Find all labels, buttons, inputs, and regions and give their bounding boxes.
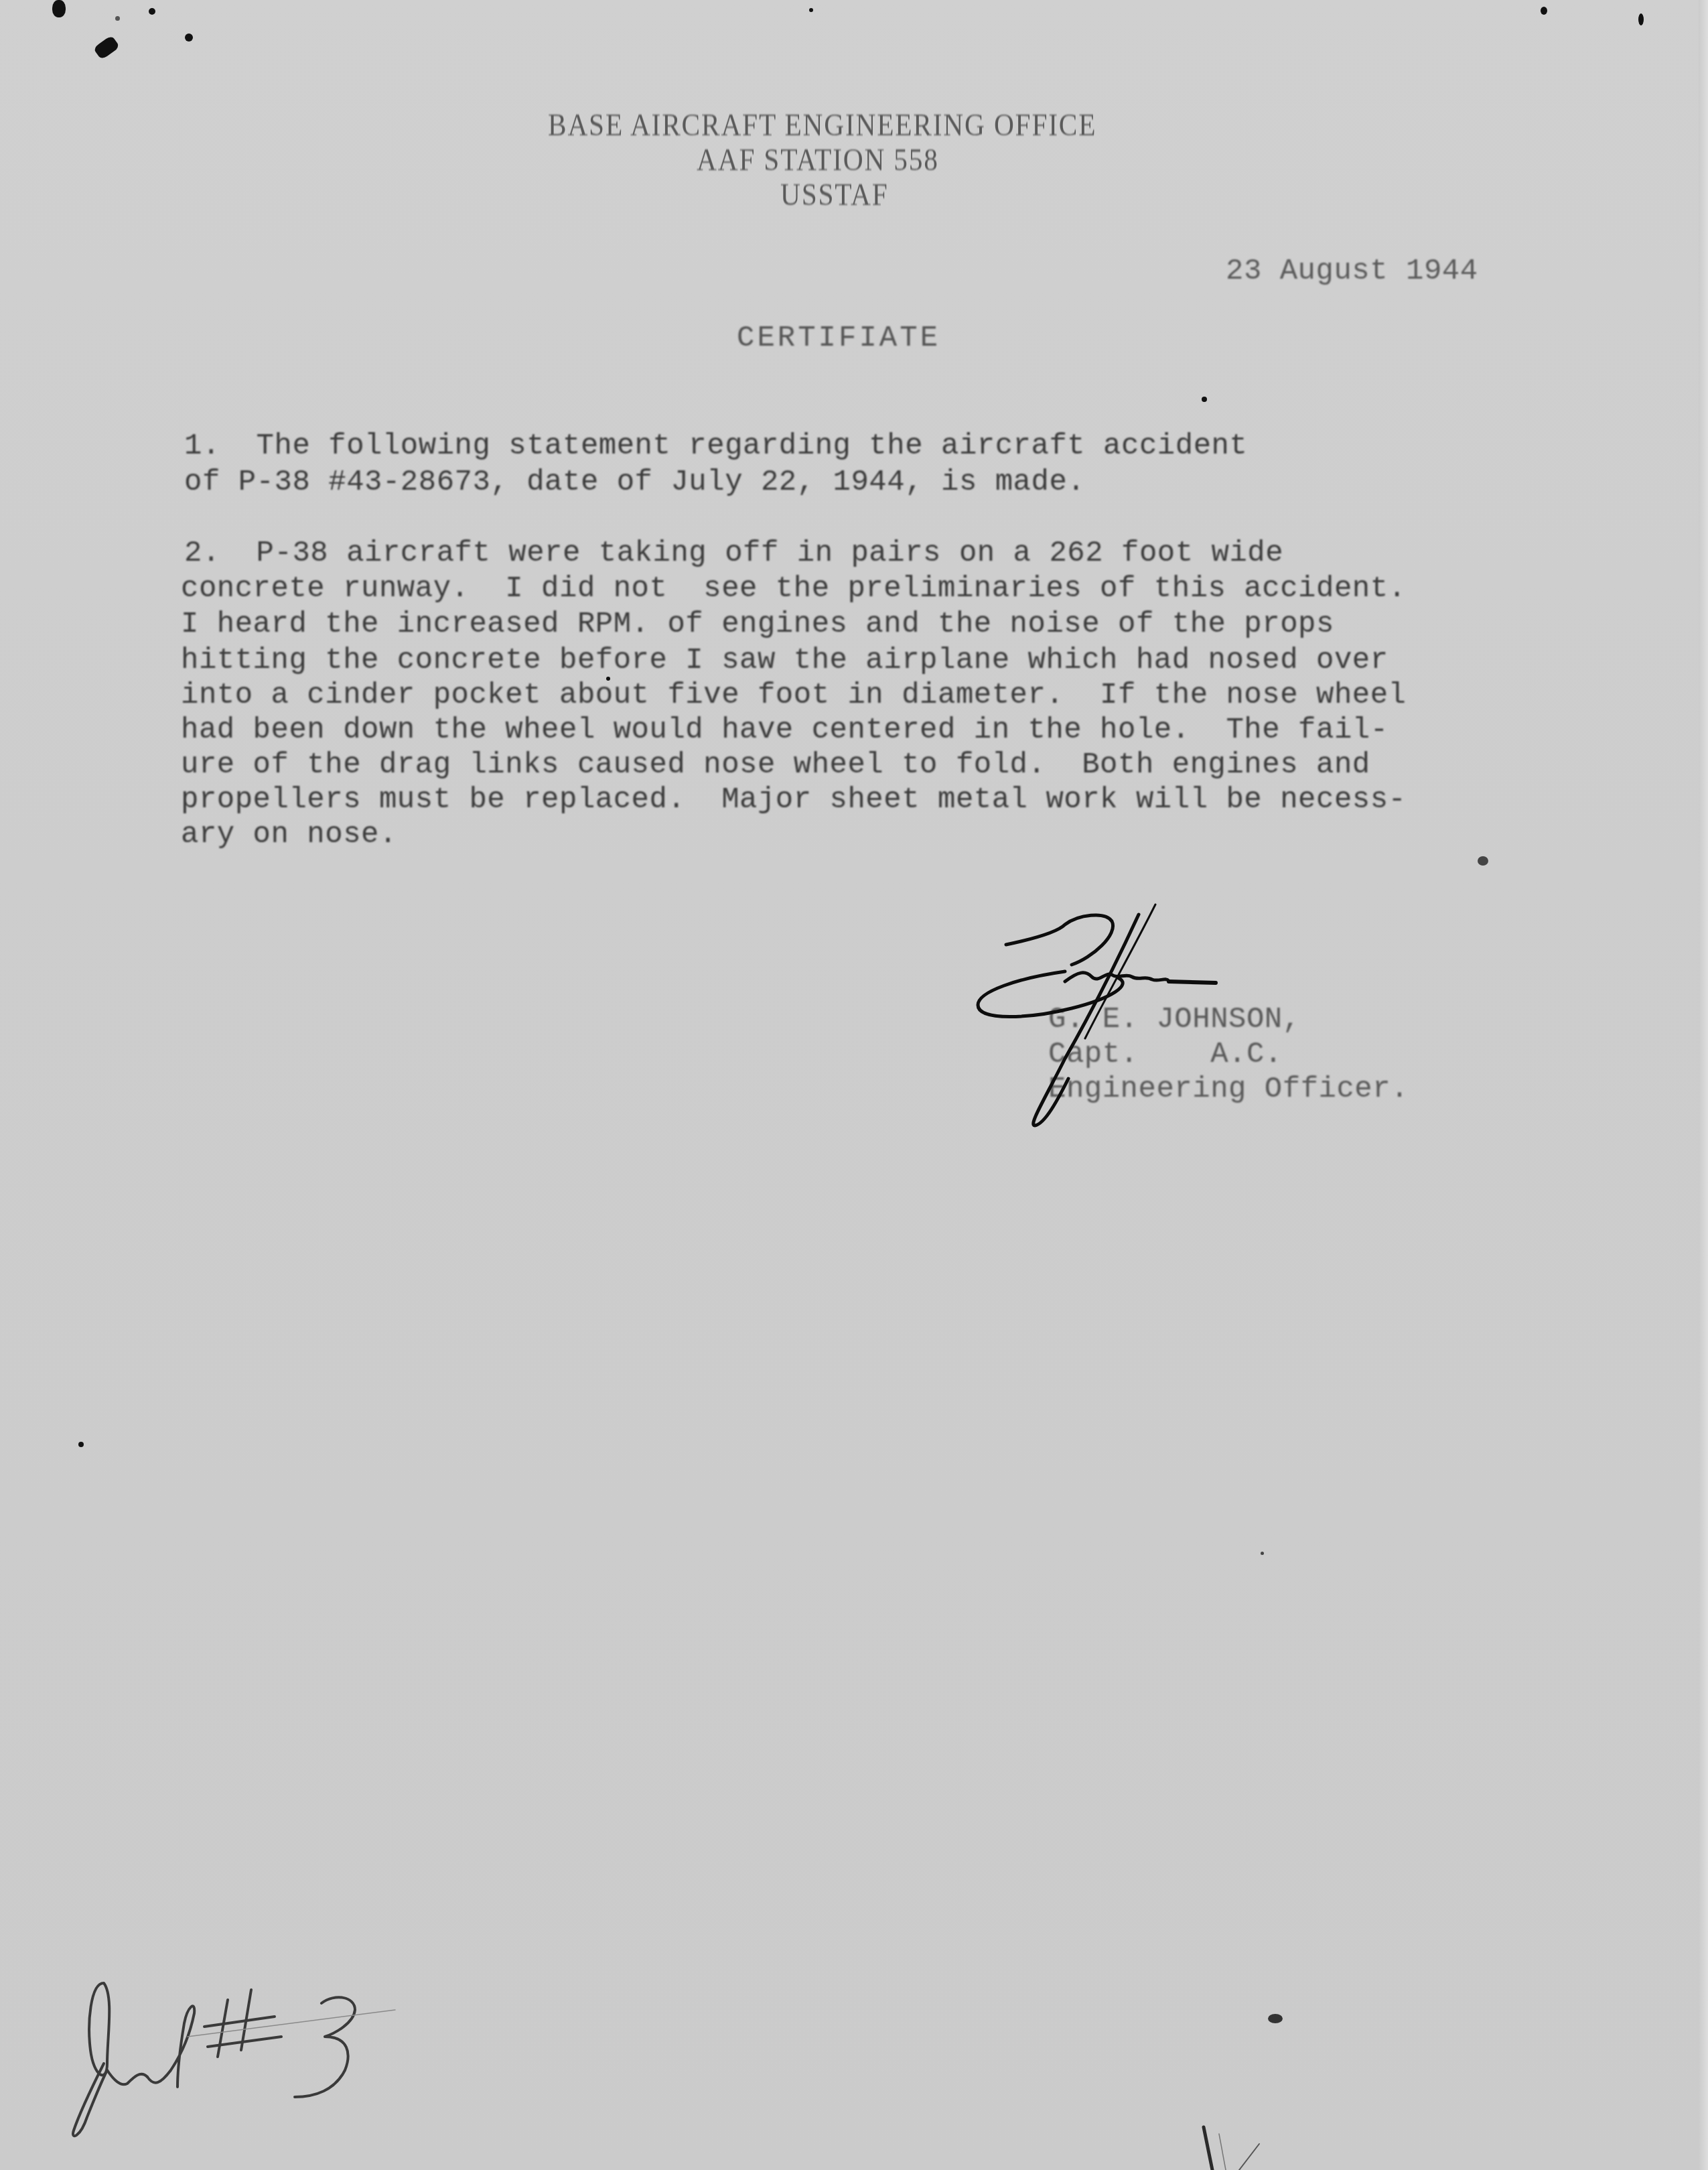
- ink-speck: [185, 33, 193, 42]
- ink-speck: [1478, 856, 1488, 866]
- paragraph-2-line: hitting the concrete before I saw the ai…: [181, 643, 1389, 678]
- ink-speck: [1638, 13, 1644, 25]
- ink-speck: [52, 0, 66, 17]
- paragraph-2-line: propellers must be replaced. Major sheet…: [181, 783, 1407, 817]
- ink-speck: [115, 16, 120, 21]
- bottom-stray-marks-icon: [1192, 2124, 1273, 2170]
- page-edge: [1699, 0, 1708, 2170]
- paragraph-2-line: had been down the wheel would have cente…: [181, 713, 1389, 748]
- letterhead-line-1: BASE AIRCRAFT ENGINEERING OFFICE: [548, 107, 1096, 143]
- handwritten-inclosure-icon: [54, 1970, 402, 2144]
- ink-speck: [93, 35, 120, 60]
- ink-speck: [1541, 7, 1547, 15]
- ink-speck: [1268, 2014, 1283, 2023]
- paragraph-2-line: 2. P-38 aircraft were taking off in pair…: [184, 536, 1283, 571]
- paragraph-2-line: ure of the drag links caused nose wheel …: [181, 748, 1370, 783]
- document-title: CERTIFIATE: [737, 320, 940, 356]
- letterhead-line-2: AAF STATION 558: [697, 142, 939, 178]
- paragraph-1-line: of P-38 #43-28673, date of July 22, 1944…: [184, 465, 1085, 500]
- letterhead-line-3: USSTAF: [780, 177, 889, 213]
- paragraph-2-line: ary on nose.: [181, 817, 397, 852]
- ink-speck: [809, 8, 813, 12]
- document-page: BASE AIRCRAFT ENGINEERING OFFICE AAF STA…: [0, 0, 1708, 2170]
- ink-speck: [1261, 1552, 1264, 1555]
- ink-speck: [606, 677, 610, 681]
- ink-speck: [149, 8, 155, 15]
- paragraph-2-line: into a cinder pocket about five foot in …: [181, 678, 1407, 713]
- paragraph-2-line: I heard the increased RPM. of engines an…: [181, 607, 1334, 642]
- paragraph-2-line: concrete runway. I did not see the preli…: [181, 571, 1407, 606]
- ink-speck: [1202, 397, 1207, 402]
- signature-icon: [965, 898, 1366, 1139]
- paragraph-1-line: 1. The following statement regarding the…: [184, 429, 1247, 464]
- ink-speck: [78, 1442, 84, 1447]
- document-date: 23 August 1944: [1226, 253, 1478, 289]
